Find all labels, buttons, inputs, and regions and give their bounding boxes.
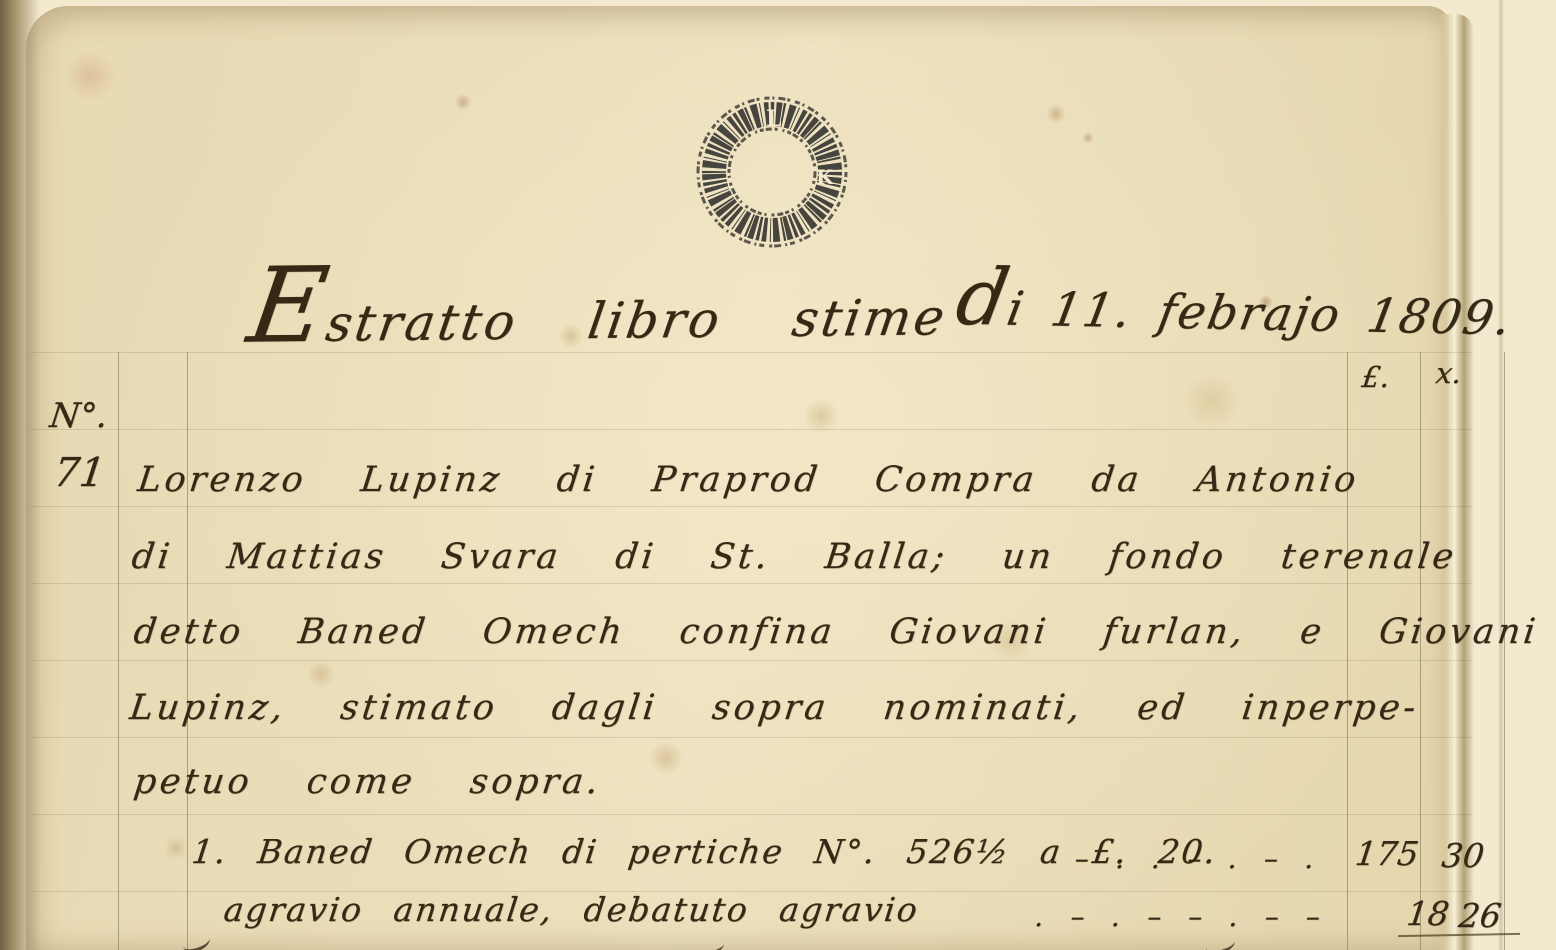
document-date: di 11. febrajo 1809.	[951, 281, 1517, 347]
entry-number: 71	[51, 450, 108, 496]
item-row-2-amount-lire: 18	[1402, 894, 1455, 933]
stamp-letter-right: K	[816, 165, 834, 189]
item-row-2-leader-dashes: . – . – – . – –	[1033, 900, 1392, 933]
item-row-1-amount-soldi: 30	[1426, 836, 1501, 875]
entry-line-2: di Mattias Svara di St. Balla; un fondo …	[130, 537, 1460, 577]
entry-line-4: Lupinz, stimato dagli sopra nominati, ed…	[128, 688, 1422, 728]
entry-line-3: detto Baned Omech confina Giovani furlan…	[132, 612, 1541, 652]
item-row-1-text: 1. Baned Omech di pertiche N°. 526½ a £.…	[190, 832, 1220, 871]
entry-line-5: petuo come sopra.	[132, 762, 604, 802]
circular-stamp-icon: L K	[688, 88, 856, 256]
currency-column-header-soldi: x.	[1434, 356, 1464, 390]
entry-number-label: N°.	[48, 396, 110, 436]
item-row-1-leader-dashes: – . . – . – .	[1073, 842, 1342, 875]
scanned-document: L K Estratto libro stime di 11. febrajo …	[0, 0, 1556, 950]
item-row-2-text: agravio annuale, debatuto agravio	[222, 890, 922, 929]
margin-rule-left-outer	[118, 352, 119, 950]
item-row-2-amount-soldi: 26	[1452, 896, 1509, 935]
document-title: Estratto libro stime	[243, 288, 951, 353]
stamp-letter-top: L	[766, 106, 781, 132]
currency-column-header-lire: £.	[1360, 360, 1392, 394]
entry-line-1: Lorenzo Lupinz di Praprod Compra da Anto…	[136, 460, 1362, 500]
item-row-1-amount-lire: 175	[1350, 834, 1425, 873]
